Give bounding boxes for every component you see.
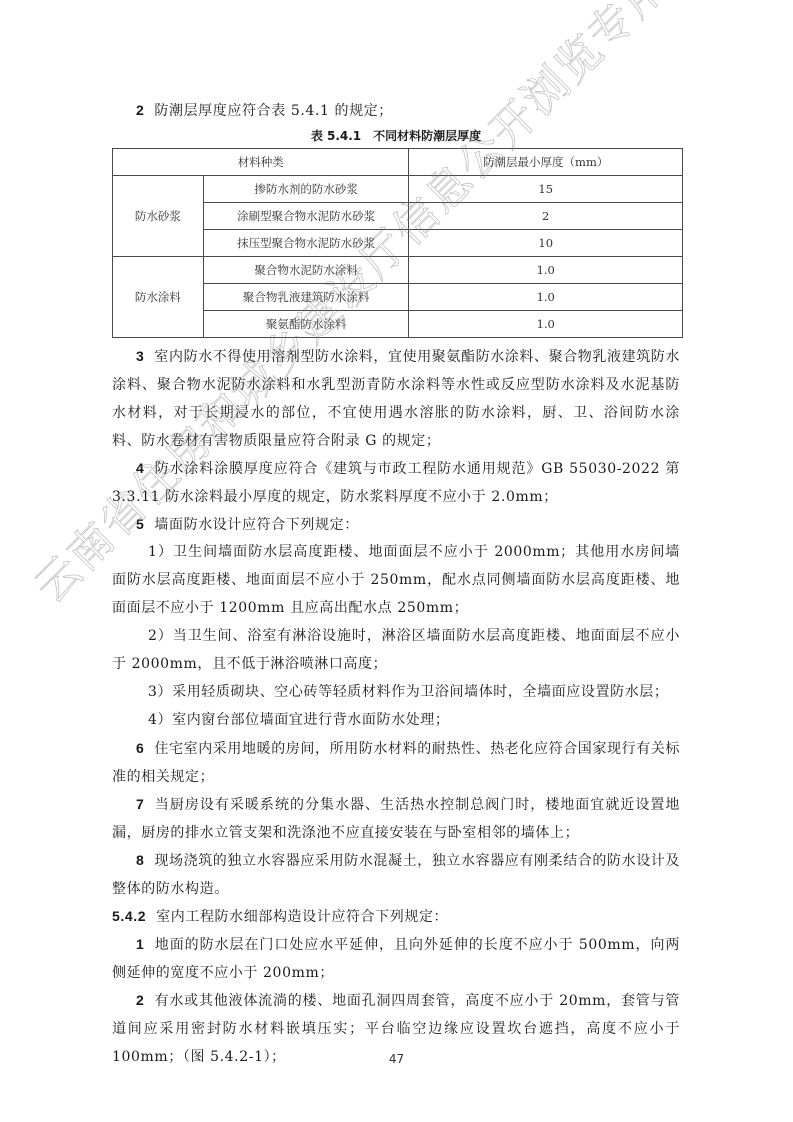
thickness-cell: 10 [409,230,683,257]
material-cell: 掺防水剂的防水砂浆 [203,176,409,203]
sub-item-4: 4）室内窗台部位墙面宜进行背水面防水处理； [112,706,680,734]
table-row: 防水砂浆 掺防水剂的防水砂浆 15 [113,176,683,203]
thickness-cell: 1.0 [409,311,683,338]
clause-text: 地面的防水层在门口处应水平延伸，且向外延伸的长度不应小于 500mm，向两侧延伸… [112,937,680,981]
material-cell: 抹压型聚合物水泥防水砂浆 [203,230,409,257]
clause-number: 5 [136,516,144,532]
clause-text: 当厨房设有采暖系统的分集水器、生活热水控制总阀门时，楼地面宜就近设置地漏，厨房的… [112,797,680,841]
moisture-layer-table: 材料种类 防潮层最小厚度（mm） 防水砂浆 掺防水剂的防水砂浆 15 涂刷型聚合… [112,148,683,338]
clause-5: 5墙面防水设计应符合下列规定： [112,510,680,539]
clause-number: 3 [136,348,144,364]
material-cell: 聚氨酯防水涂料 [203,311,409,338]
clause-number: 1 [136,936,144,952]
clause-7: 7当厨房设有采暖系统的分集水器、生活热水控制总阀门时，楼地面宜就近设置地漏，厨房… [112,790,680,847]
clause-text: 防水涂料涂膜厚度应符合《建筑与市政工程防水通用规范》GB 55030-2022 … [112,461,680,505]
material-cell: 涂刷型聚合物水泥防水砂浆 [203,203,409,230]
table-caption: 表 5.4.1 不同材料防潮层厚度 [112,127,680,144]
section-title: 室内工程防水细部构造设计应符合下列规定： [156,909,448,925]
clause-3: 3室内防水不得使用溶剂型防水涂料，宜使用聚氨酯防水涂料、聚合物乳液建筑防水涂料、… [112,342,680,455]
clause-text: 墙面防水设计应符合下列规定： [154,517,358,533]
material-cell: 聚合物乳液建筑防水涂料 [203,284,409,311]
group-cell: 防水砂浆 [113,176,204,257]
header-material-type: 材料种类 [113,149,409,176]
clause-8: 8现场浇筑的独立水容器应采用防水混凝土，独立水容器应有刚柔结合的防水设计及整体的… [112,846,680,903]
clause-2: 2防潮层厚度应符合表 5.4.1 的规定； [112,96,680,125]
clause-number: 2 [136,102,144,118]
section-item-1: 1地面的防水层在门口处应水平延伸，且向外延伸的长度不应小于 500mm，向两侧延… [112,930,680,987]
header-min-thickness: 防潮层最小厚度（mm） [409,149,683,176]
table-row: 防水涂料 聚合物水泥防水涂料 1.0 [113,257,683,284]
page-number: 47 [0,1052,793,1066]
section-number: 5.4.2 [112,908,146,924]
clause-text: 现场浇筑的独立水容器应采用防水混凝土，独立水容器应有刚柔结合的防水设计及整体的防… [112,853,680,897]
clause-text: 防潮层厚度应符合表 5.4.1 的规定； [154,103,393,119]
clause-number: 7 [136,796,144,812]
thickness-cell: 1.0 [409,284,683,311]
clause-number: 2 [136,992,144,1008]
clause-number: 6 [136,740,144,756]
group-cell: 防水涂料 [113,257,204,338]
sub-item-2: 2）当卫生间、浴室有淋浴设施时，淋浴区墙面防水层高度距楼、地面面层不应小于 20… [112,622,680,678]
thickness-cell: 2 [409,203,683,230]
thickness-cell: 15 [409,176,683,203]
clause-text: 住宅室内采用地暖的房间，所用防水材料的耐热性、热老化应符合国家现行有关标准的相关… [112,741,680,785]
clause-text: 室内防水不得使用溶剂型防水涂料，宜使用聚氨酯防水涂料、聚合物乳液建筑防水涂料、聚… [112,349,680,449]
clause-4: 4防水涂料涂膜厚度应符合《建筑与市政工程防水通用规范》GB 55030-2022… [112,454,680,511]
clause-number: 8 [136,852,144,868]
section-5-4-2-heading: 5.4.2室内工程防水细部构造设计应符合下列规定： [112,902,680,931]
clause-number: 4 [136,460,144,476]
thickness-cell: 1.0 [409,257,683,284]
sub-item-1: 1）卫生间墙面防水层高度距楼、地面面层不应小于 2000mm；其他用水房间墙面防… [112,538,680,622]
document-page: 2防潮层厚度应符合表 5.4.1 的规定； 表 5.4.1 不同材料防潮层厚度 … [0,0,793,1122]
table-header-row: 材料种类 防潮层最小厚度（mm） [113,149,683,176]
sub-item-3: 3）采用轻质砌块、空心砖等轻质材料作为卫浴间墙体时，全墙面应设置防水层； [112,678,680,706]
clause-6: 6住宅室内采用地暖的房间，所用防水材料的耐热性、热老化应符合国家现行有关标准的相… [112,734,680,791]
material-cell: 聚合物水泥防水涂料 [203,257,409,284]
